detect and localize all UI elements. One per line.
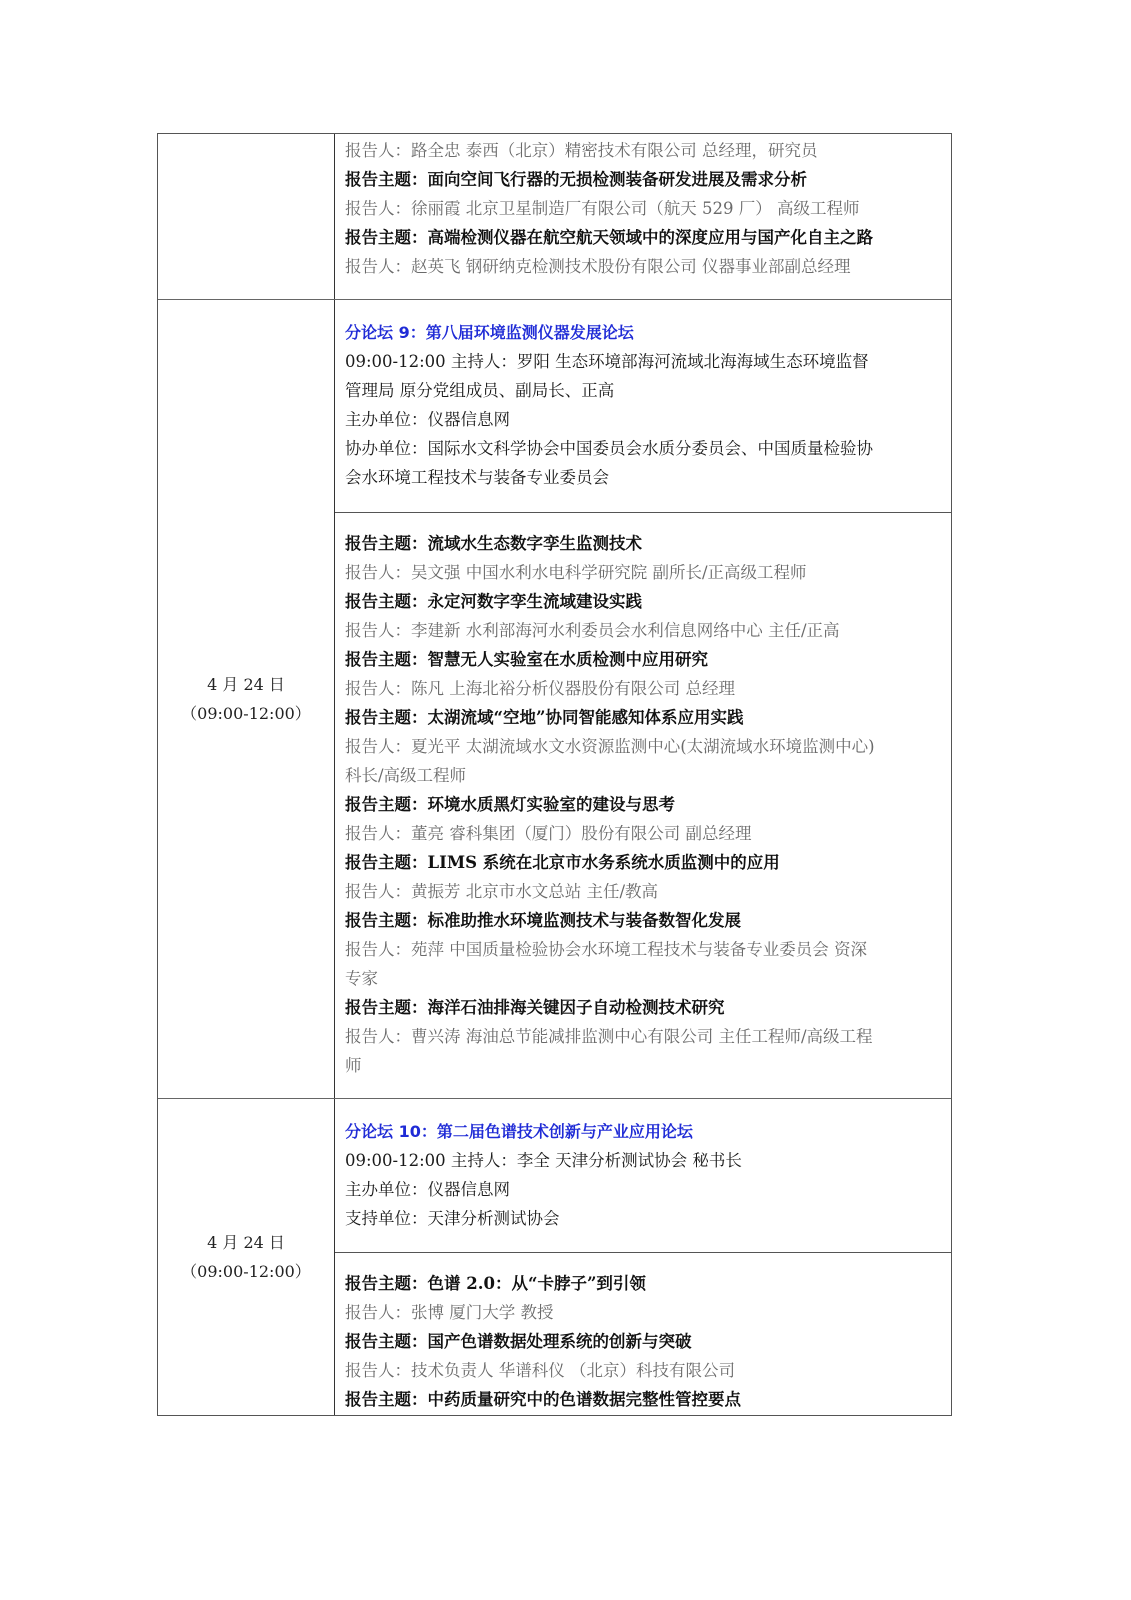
speaker-line: 报告人：吴文强 中国水利水电科学研究院 副所长/正高级工程师 [345,558,943,587]
table-row-forum-10: 4 月 24 日 （09:00-12:00） 分论坛 10：第二届色谱技术创新与… [158,1098,951,1415]
topic-line: 报告主题：海洋石油排海关键因子自动检测技术研究 [345,993,943,1022]
forum-title: 分论坛 10：第二届色谱技术创新与产业应用论坛 [345,1117,943,1146]
speaker-line: 报告人：技术负责人 华谱科仪 （北京）科技有限公司 [345,1356,943,1385]
host-line-cont: 管理局 原分党组成员、副局长、正高 [345,376,943,405]
time-range-label: （09:00-12:00） [181,1257,311,1286]
topic-line: 报告主题：高端检测仪器在航空航天领域中的深度应用与国产化自主之路 [345,223,943,252]
speaker-line: 报告人：黄振芳 北京市水文总站 主任/教高 [345,877,943,906]
content-column: 分论坛 10：第二届色谱技术创新与产业应用论坛 09:00-12:00 主持人：… [335,1099,951,1415]
forum-header-cell: 分论坛 10：第二届色谱技术创新与产业应用论坛 09:00-12:00 主持人：… [335,1099,951,1252]
topic-line: 报告主题：色谱 2.0：从“卡脖子”到引领 [345,1269,943,1298]
topic-line: 报告主题：智慧无人实验室在水质检测中应用研究 [345,645,943,674]
talks-cell: 报告主题：流域水生态数字孪生监测技术 报告人：吴文强 中国水利水电科学研究院 副… [335,512,951,1080]
speaker-line: 报告人：路全忠 泰西（北京）精密技术有限公司 总经理，研究员 [345,136,943,165]
speaker-line: 报告人：赵英飞 钢研纳克检测技术股份有限公司 仪器事业部副总经理 [345,252,943,281]
topic-line: 报告主题：标准助推水环境监测技术与装备数智化发展 [345,906,943,935]
co-organizer-line-cont: 会水环境工程技术与装备专业委员会 [345,463,943,492]
supporter-line: 支持单位：天津分析测试协会 [345,1204,943,1233]
table-row-forum-9: 4 月 24 日 （09:00-12:00） 分论坛 9：第八届环境监测仪器发展… [158,299,951,1098]
date-cell: 4 月 24 日 （09:00-12:00） [158,300,335,1098]
topic-line: 报告主题：环境水质黑灯实验室的建设与思考 [345,790,943,819]
topic-line: 报告主题：国产色谱数据处理系统的创新与突破 [345,1327,943,1356]
speaker-line: 报告人：苑萍 中国质量检验协会水环境工程技术与装备专业委员会 资深 [345,935,943,964]
host-line: 09:00-12:00 主持人：李全 天津分析测试协会 秘书长 [345,1146,943,1175]
forum-header-cell: 分论坛 9：第八届环境监测仪器发展论坛 09:00-12:00 主持人：罗阳 生… [335,300,951,512]
talks-cell: 报告主题：色谱 2.0：从“卡脖子”到引领 报告人：张博 厦门大学 教授 报告主… [335,1252,951,1414]
organizer-line: 主办单位：仪器信息网 [345,1175,943,1204]
speaker-line: 报告人：夏光平 太湖流域水文水资源监测中心(太湖流域水环境监测中心) [345,732,943,761]
date-label: 4 月 24 日 [207,1228,285,1257]
organizer-line: 主办单位：仪器信息网 [345,405,943,434]
time-range-label: （09:00-12:00） [181,699,311,728]
speaker-line-cont: 科长/高级工程师 [345,761,943,790]
speaker-line: 报告人：徐丽霞 北京卫星制造厂有限公司（航天 529 厂） 高级工程师 [345,194,943,223]
host-line: 09:00-12:00 主持人：罗阳 生态环境部海河流域北海海域生态环境监督 [345,347,943,376]
content-column: 分论坛 9：第八届环境监测仪器发展论坛 09:00-12:00 主持人：罗阳 生… [335,300,951,1098]
topic-line: 报告主题：面向空间飞行器的无损检测装备研发进展及需求分析 [345,165,943,194]
date-label: 4 月 24 日 [207,670,285,699]
date-cell-empty [158,134,335,299]
speaker-line: 报告人：董亮 睿科集团（厦门）股份有限公司 副总经理 [345,819,943,848]
talks-cell: 报告人：路全忠 泰西（北京）精密技术有限公司 总经理，研究员 报告主题：面向空间… [335,134,951,281]
speaker-line-cont: 师 [345,1051,943,1080]
speaker-line-cont: 专家 [345,964,943,993]
forum-title: 分论坛 9：第八届环境监测仪器发展论坛 [345,318,943,347]
topic-line: 报告主题：LIMS 系统在北京市水务系统水质监测中的应用 [345,848,943,877]
topic-line: 报告主题：永定河数字孪生流域建设实践 [345,587,943,616]
speaker-line: 报告人：曹兴涛 海油总节能减排监测中心有限公司 主任工程师/高级工程 [345,1022,943,1051]
schedule-table: 报告人：路全忠 泰西（北京）精密技术有限公司 总经理，研究员 报告主题：面向空间… [157,133,952,1416]
speaker-line: 报告人：张博 厦门大学 教授 [345,1298,943,1327]
topic-line: 报告主题：中药质量研究中的色谱数据完整性管控要点 [345,1385,943,1414]
topic-line: 报告主题：太湖流域“空地”协同智能感知体系应用实践 [345,703,943,732]
document-page: 报告人：路全忠 泰西（北京）精密技术有限公司 总经理，研究员 报告主题：面向空间… [0,0,1131,1600]
speaker-line: 报告人：陈凡 上海北裕分析仪器股份有限公司 总经理 [345,674,943,703]
speaker-line: 报告人：李建新 水利部海河水利委员会水利信息网络中心 主任/正高 [345,616,943,645]
topic-line: 报告主题：流域水生态数字孪生监测技术 [345,529,943,558]
co-organizer-line: 协办单位：国际水文科学协会中国委员会水质分委员会、中国质量检验协 [345,434,943,463]
date-cell: 4 月 24 日 （09:00-12:00） [158,1099,335,1415]
table-row-continuation: 报告人：路全忠 泰西（北京）精密技术有限公司 总经理，研究员 报告主题：面向空间… [158,134,951,299]
content-column: 报告人：路全忠 泰西（北京）精密技术有限公司 总经理，研究员 报告主题：面向空间… [335,134,951,299]
